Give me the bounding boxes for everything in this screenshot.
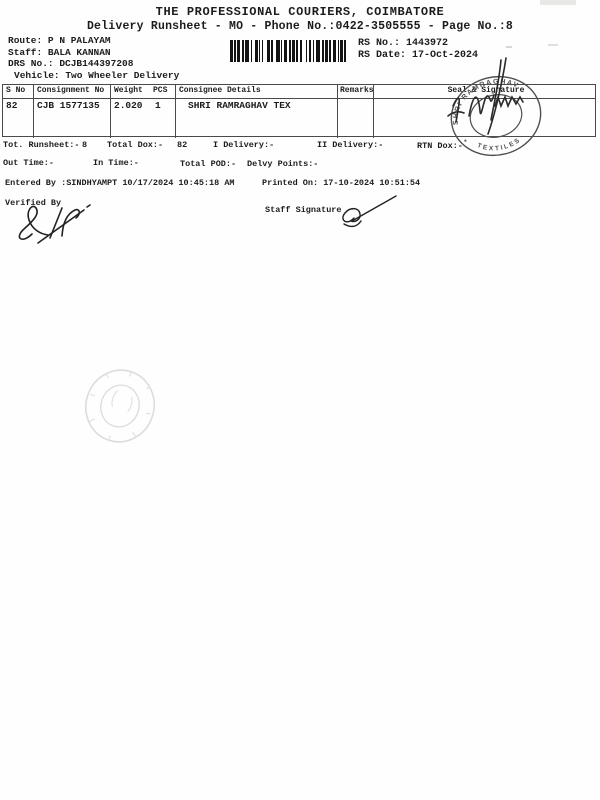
total-dox-label: Total Dox:- — [107, 140, 163, 150]
scan-artifact — [548, 44, 558, 46]
delivery-runsheet-document: THE PROFESSIONAL COURIERS, COIMBATORE De… — [0, 0, 600, 800]
tot-runsheet-label: Tot. Runsheet:- — [3, 140, 80, 150]
vehicle-label: Vehicle: — [14, 70, 60, 81]
svg-text:*: * — [464, 139, 469, 147]
consignee-seal-stamp: SHRI RAMRAGHAV TEXTILES * — [443, 54, 553, 166]
staff-value: BALA KANNAN — [48, 47, 111, 58]
staff-label: Staff: — [8, 47, 42, 58]
page-subtitle: Delivery Runsheet - MO - Phone No.:0422-… — [0, 20, 600, 33]
scan-artifact — [506, 46, 512, 48]
row-consignee: SHRI RAMRAGHAV TEX — [176, 99, 338, 138]
drs-line: DRS No.: DCJB144397208 — [8, 58, 133, 69]
staff-signature-label: Staff Signature — [265, 205, 342, 215]
row-weight: 2.020 — [114, 100, 143, 111]
row-weight-pcs: 2.020 1 — [111, 99, 176, 138]
total-dox-value: 82 — [177, 140, 187, 150]
row-remarks — [338, 99, 374, 138]
col-header-weight-pcs: Weight PCS — [111, 85, 176, 99]
tot-runsheet-value: 8 — [82, 140, 87, 150]
col-header-remarks: Remarks — [338, 85, 374, 99]
rs-no-line: RS No.: 1443972 — [358, 38, 448, 49]
delvy-points-label: Delvy Points:- — [247, 159, 318, 169]
col-header-pcs: PCS — [153, 86, 167, 95]
row-pcs: 1 — [155, 100, 161, 111]
page-title: THE PROFESSIONAL COURIERS, COIMBATORE — [0, 5, 600, 19]
rs-date-label: RS Date: — [358, 50, 406, 61]
route-label: Route: — [8, 35, 42, 46]
route-value: P N PALAYAM — [48, 35, 111, 46]
printed-on-line: Printed On: 17-10-2024 10:51:54 — [262, 178, 420, 188]
verified-by-signature — [10, 198, 110, 246]
row-consignment-no: CJB 1577135 — [34, 99, 111, 138]
i-delivery-label: I Delivery:- — [213, 140, 274, 150]
drs-value: DCJB144397208 — [59, 58, 133, 69]
barcode — [230, 40, 350, 62]
rs-no-label: RS No.: — [358, 38, 400, 49]
staff-signature-mark — [338, 194, 403, 232]
route-line: Route: P N PALAYAM — [8, 35, 111, 46]
staff-line: Staff: BALA KANNAN — [8, 47, 111, 58]
total-pod-label: Total POD:- — [180, 159, 236, 169]
col-header-weight: Weight — [114, 86, 143, 95]
ii-delivery-label: II Delivery:- — [317, 140, 383, 150]
col-header-consignee-details: Consignee Details — [176, 85, 338, 99]
vehicle-line: Vehicle: Two Wheeler Delivery — [14, 70, 179, 81]
drs-label: DRS No.: — [8, 58, 54, 69]
col-header-sno: S No — [3, 85, 34, 99]
entered-by-line: Entered By :SINDHYAMPT 10/17/2024 10:45:… — [5, 178, 235, 188]
col-header-consignment-no: Consignment No — [34, 85, 111, 99]
in-time-label: In Time:- — [93, 158, 139, 168]
faint-stamp — [80, 364, 160, 448]
rs-no-value: 1443972 — [406, 38, 448, 49]
out-time-label: Out Time:- — [3, 158, 54, 168]
vehicle-value: Two Wheeler Delivery — [65, 70, 179, 81]
row-sno: 82 — [3, 99, 34, 138]
